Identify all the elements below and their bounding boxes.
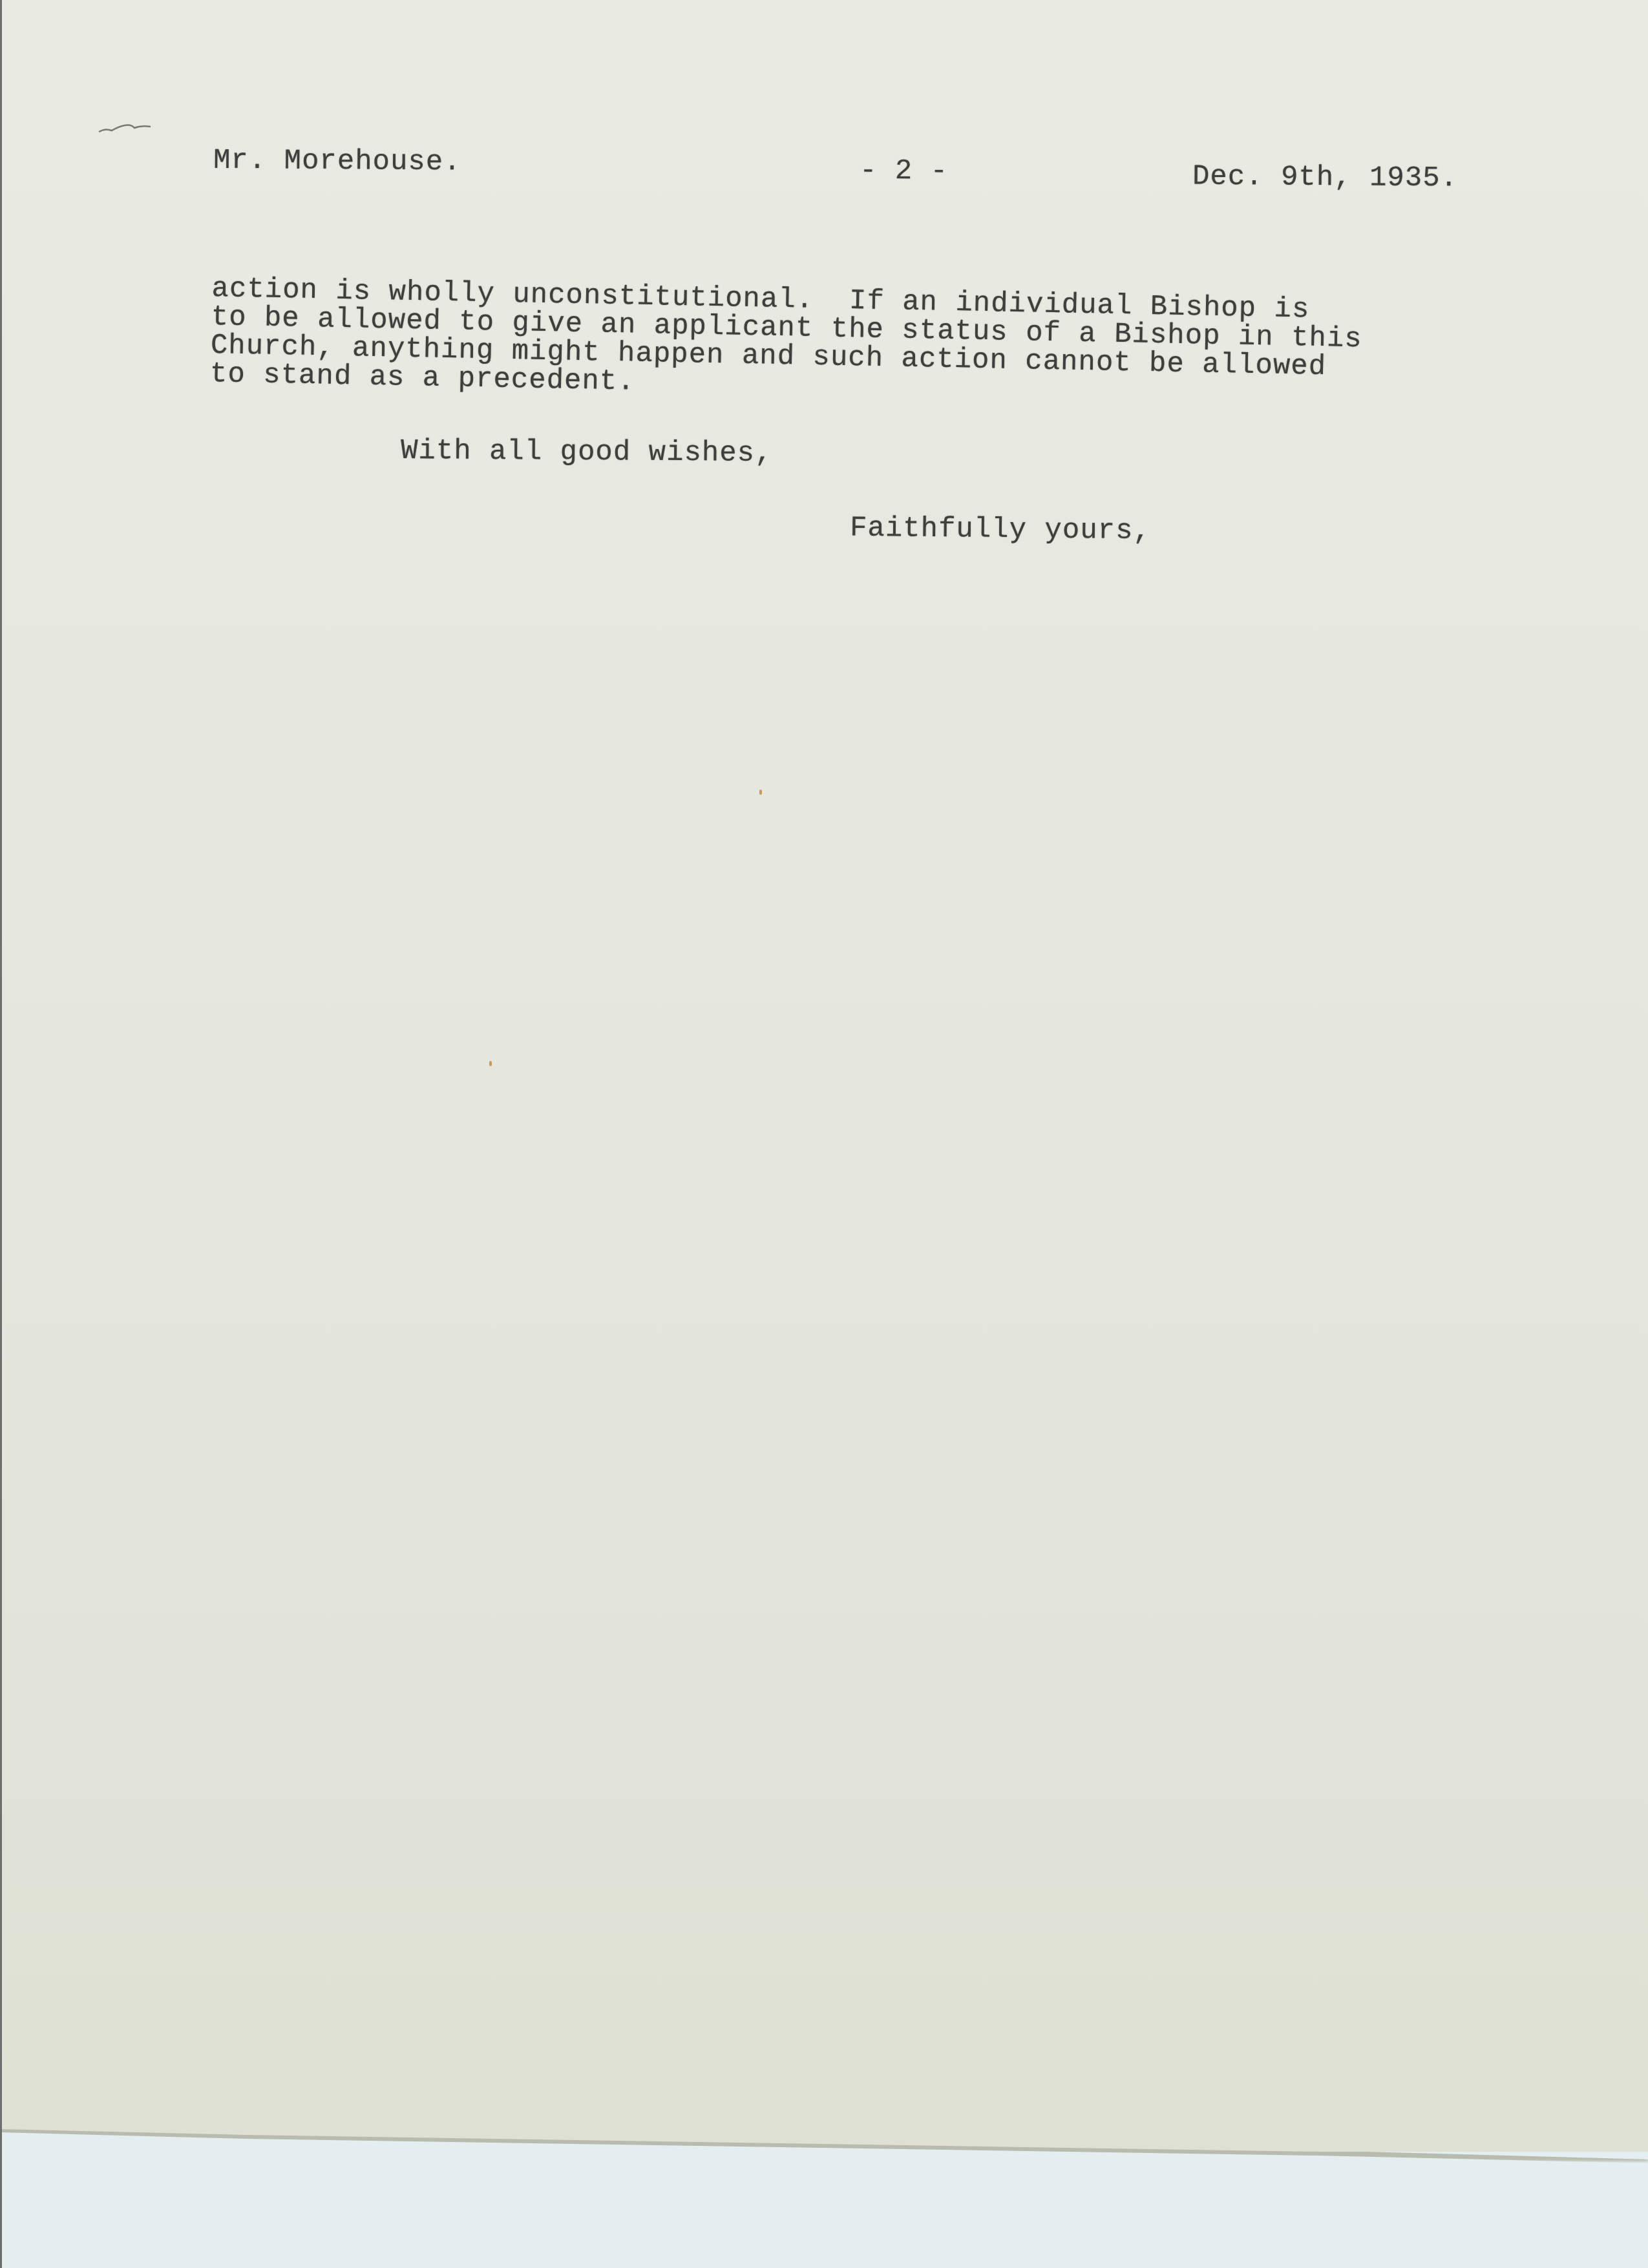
body-paragraph: action is wholly unconstitutional. If an…	[210, 275, 1363, 410]
page-number: - 2 -	[860, 155, 948, 188]
signoff-line: Faithfully yours,	[850, 512, 1151, 548]
paper-speck	[489, 1061, 492, 1066]
recipient-header: Mr. Morehouse.	[213, 145, 461, 179]
paper-speck	[759, 790, 762, 795]
closing-line: With all good wishes,	[401, 435, 773, 470]
paper-tear-mark-icon	[96, 123, 154, 136]
letter-date: Dec. 9th, 1935.	[1192, 161, 1458, 195]
scan-left-edge	[0, 0, 2, 2268]
